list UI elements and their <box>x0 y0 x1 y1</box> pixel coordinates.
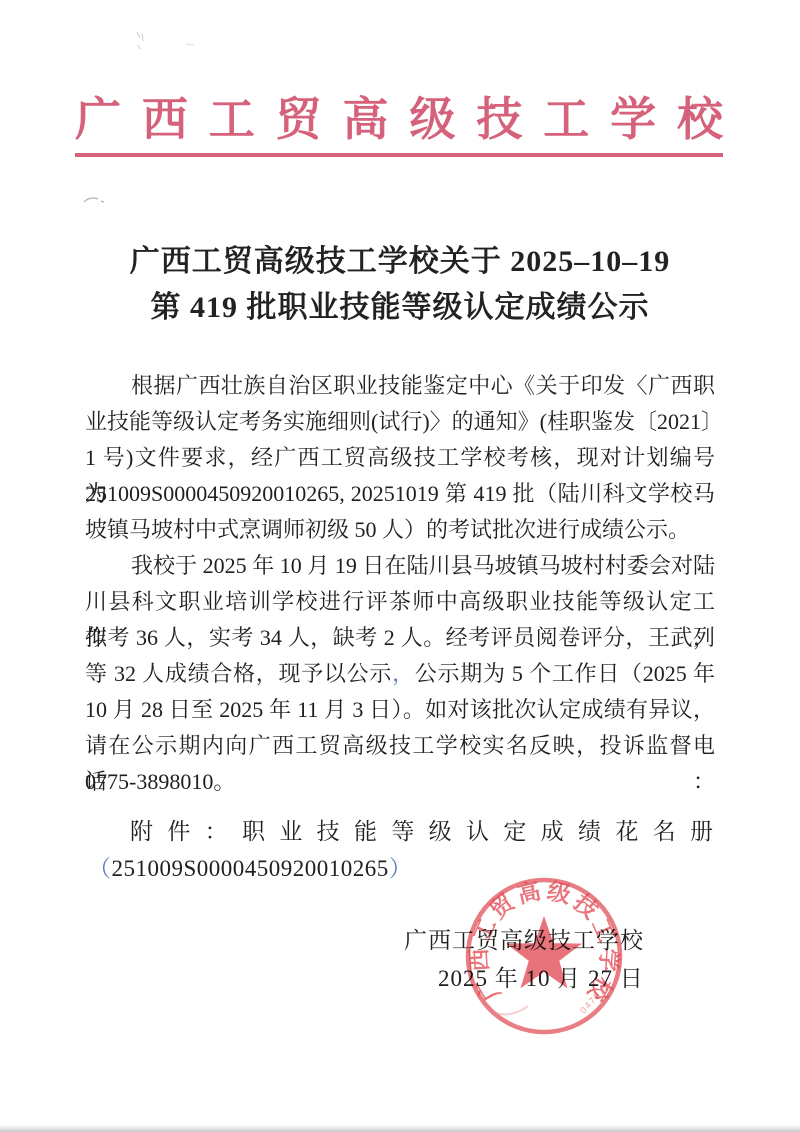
body-line: 川县科文职业培训学校进行评茶师中高级职业技能等级认定工作， <box>85 584 715 620</box>
seal-ink-smudge <box>486 1006 528 1015</box>
pen-mark <box>137 32 143 49</box>
body-line: 1 号)文件要求，经广西工贸高级技工学校考核，现对计划编号为： <box>85 440 715 476</box>
letterhead-rule <box>75 153 723 157</box>
body-line: 我校于 2025 年 10 月 19 日在陆川县马坡镇马坡村村委会对陆 <box>85 548 715 584</box>
body-line: 请在公示期内向广西工贸高级技工学校实名反映，投诉监督电话： <box>85 728 715 764</box>
body-line: 拟考 36 人，实考 34 人，缺考 2 人。经考评员阅卷评分，王武列 <box>85 620 715 656</box>
body-line: 等 32 人成绩合格，现予以公示，公示期为 5 个工作日（2025 年 <box>85 656 715 692</box>
body-text-segment: 等 32 人成绩合格，现予以公示 <box>85 661 392 686</box>
signature-organization: 广西工贸高级技工学校 <box>404 926 644 956</box>
body-line: 业技能等级认定考务实施细则(试行)〉的通知》(桂职鉴发〔2021〕 <box>85 404 715 440</box>
document-body: 根据广西壮族自治区职业技能鉴定中心《关于印发〈广西职 业技能等级认定考务实施细则… <box>85 368 715 800</box>
blue-comma: ， <box>392 661 415 686</box>
open-paren: （ <box>88 856 112 881</box>
body-text-segment: 公示期为 5 个工作日（2025 年 <box>415 661 715 686</box>
letterhead-school-name: 广 西 工 贸 高 级 技 工 学 校 <box>75 88 723 152</box>
attachment-plan-number: 251009S0000450920010265 <box>112 856 389 881</box>
body-line: 10 月 28 日至 2025 年 11 月 3 日）。如对该批次认定成绩有异议… <box>85 692 715 728</box>
signature-date: 2025 年 10 月 27 日 <box>438 964 644 994</box>
attachment-label: 附 件 ： 职 业 技 能 等 级 认 定 成 绩 花 名 册 <box>130 816 713 848</box>
body-line: 251009S0000450920010265, 20251019 第 419 … <box>85 476 715 512</box>
pen-mark <box>186 44 194 45</box>
seal-border-circle <box>468 880 620 1032</box>
official-seal: 广西工贸高级技工学校 0478 <box>444 856 644 1056</box>
document-title-line1: 广西工贸高级技工学校关于 2025–10–19 <box>0 236 800 280</box>
close-paren: ） <box>389 856 413 881</box>
body-line: 根据广西壮族自治区职业技能鉴定中心《关于印发〈广西职 <box>85 368 715 404</box>
scan-edge-shadow <box>0 1125 800 1132</box>
body-line: 坡镇马坡村中式烹调师初级 50 人）的考试批次进行成绩公示。 <box>85 512 715 548</box>
pen-mark <box>84 198 104 202</box>
attachment-number: （251009S0000450920010265） <box>88 853 412 885</box>
scanned-document-page: 广 西 工 贸 高 级 技 工 学 校 广西工贸高级技工学校关于 2025–10… <box>0 0 800 1132</box>
document-title-line2: 第 419 批职业技能等级认定成绩公示 <box>0 282 800 326</box>
